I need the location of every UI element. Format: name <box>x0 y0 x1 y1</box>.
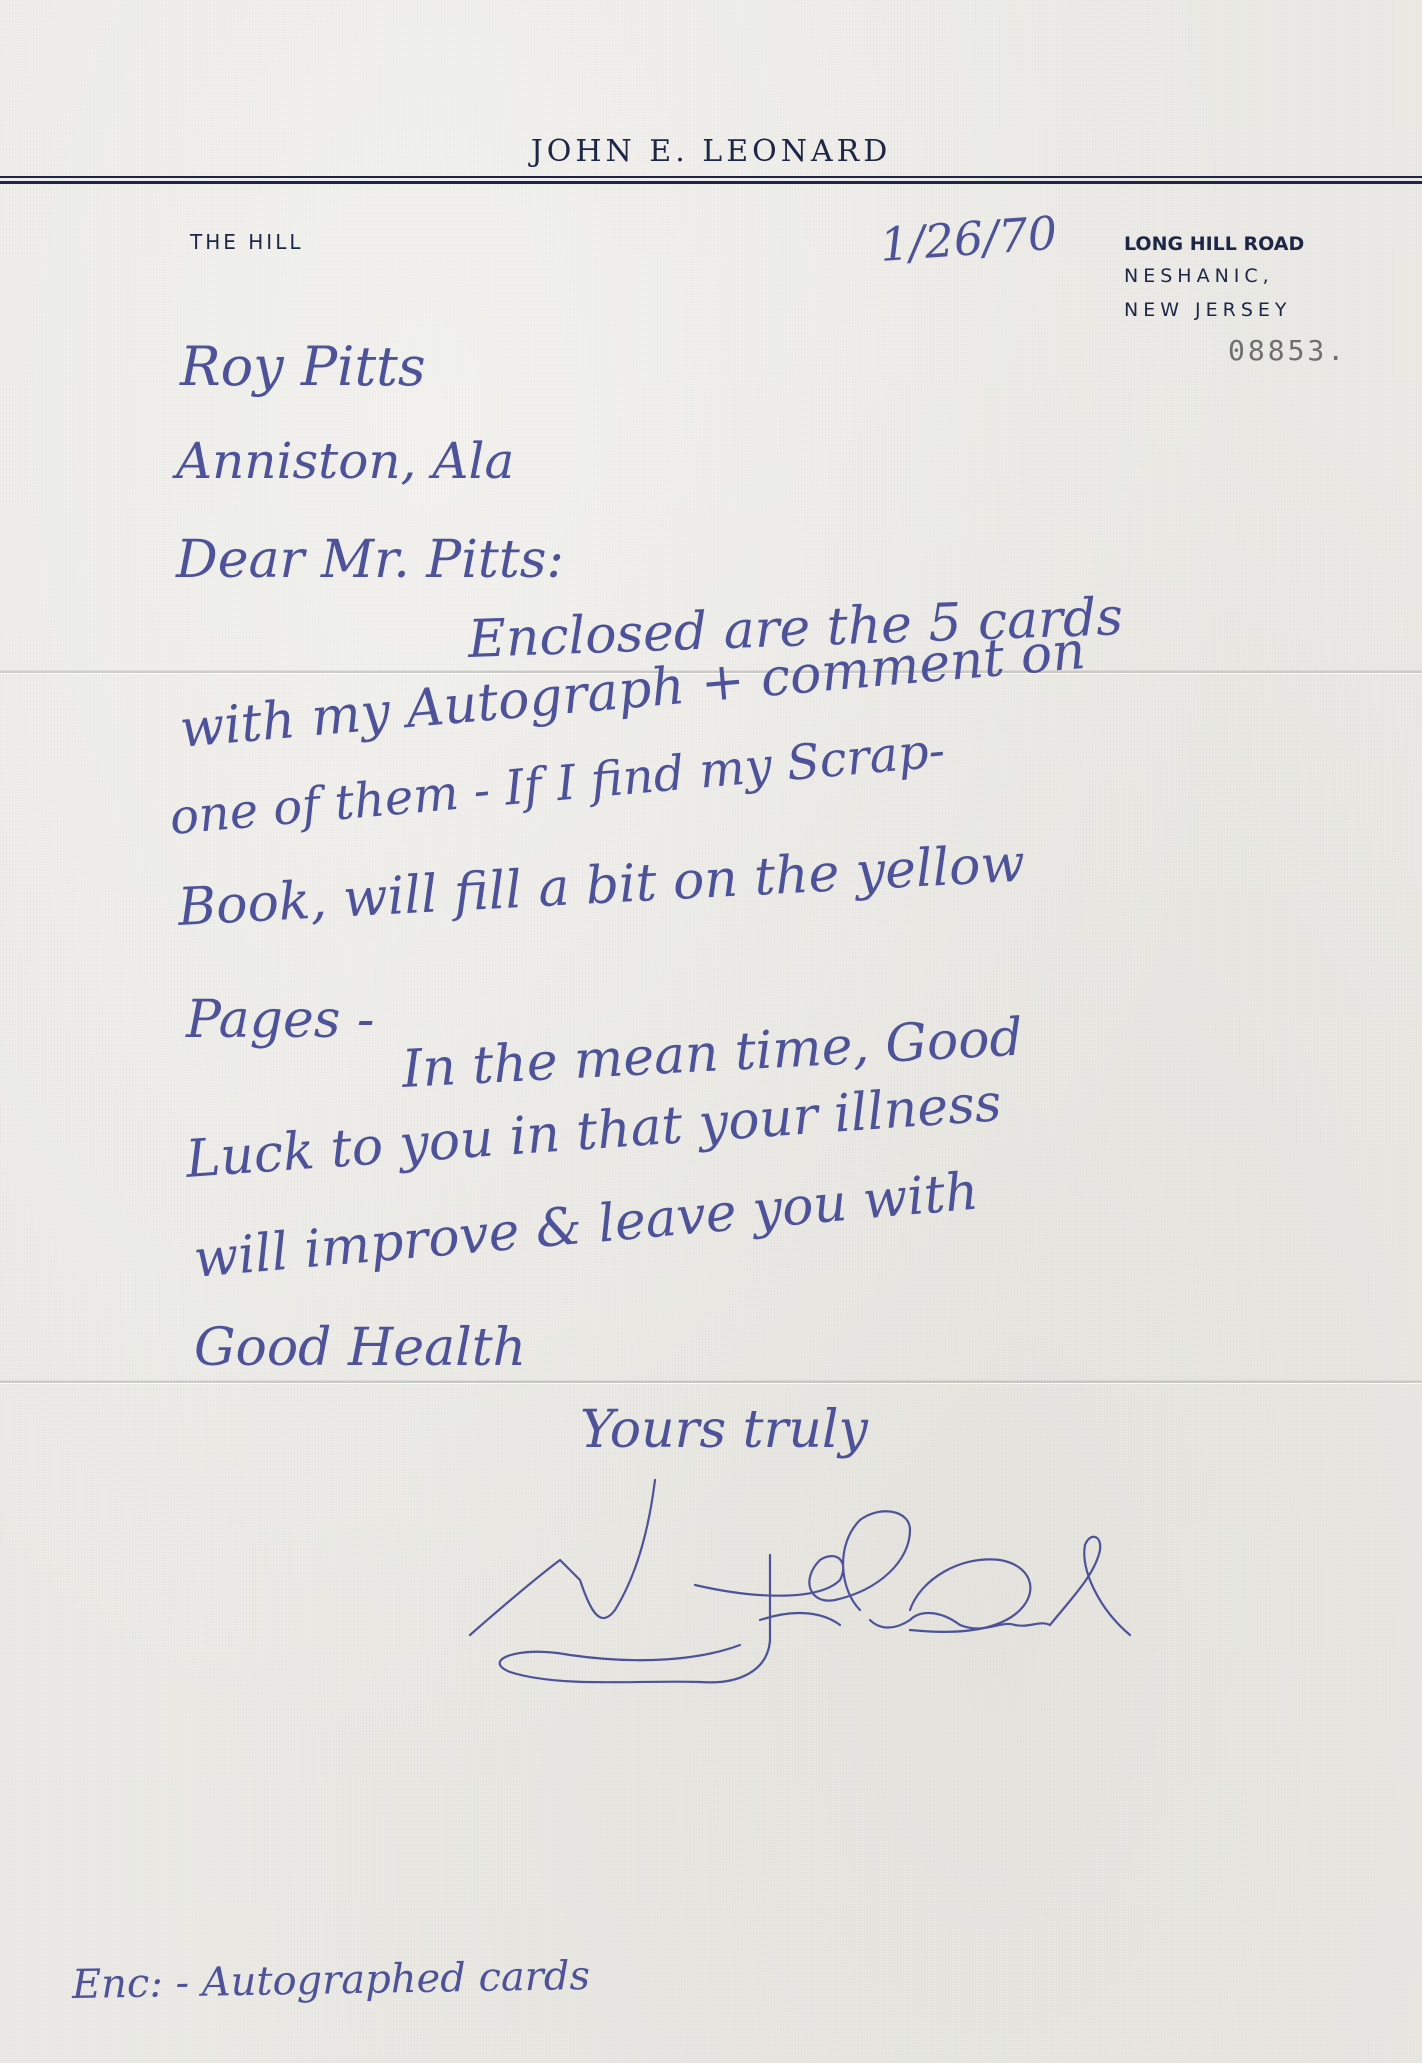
recipient-name: Roy Pitts <box>180 335 426 398</box>
body-line: Pages - <box>186 990 375 1050</box>
recipient-city: Anniston, Ala <box>176 432 514 490</box>
letterhead-name: JOHN E. LEONARD <box>0 134 1422 169</box>
address-town: NESHANIC, <box>1124 259 1304 293</box>
letterhead-address: LONG HILL ROAD NESHANIC, NEW JERSEY <box>1124 229 1304 327</box>
closing: Yours truly <box>580 1400 868 1460</box>
letterhead-estate-name: THE HILL <box>190 230 303 254</box>
enclosure-note: Enc: - Autographed cards <box>72 1953 591 2008</box>
body-line: Good Health <box>194 1318 526 1378</box>
zip-code-stamp: 08853. <box>1228 334 1347 367</box>
address-state: NEW JERSEY <box>1124 293 1304 327</box>
address-street: LONG HILL ROAD <box>1124 229 1304 259</box>
fold-crease-lower <box>0 1381 1422 1383</box>
letterhead-rule-thick <box>0 181 1422 184</box>
letterhead-rule-thin <box>0 176 1422 178</box>
salutation: Dear Mr. Pitts: <box>176 530 564 590</box>
